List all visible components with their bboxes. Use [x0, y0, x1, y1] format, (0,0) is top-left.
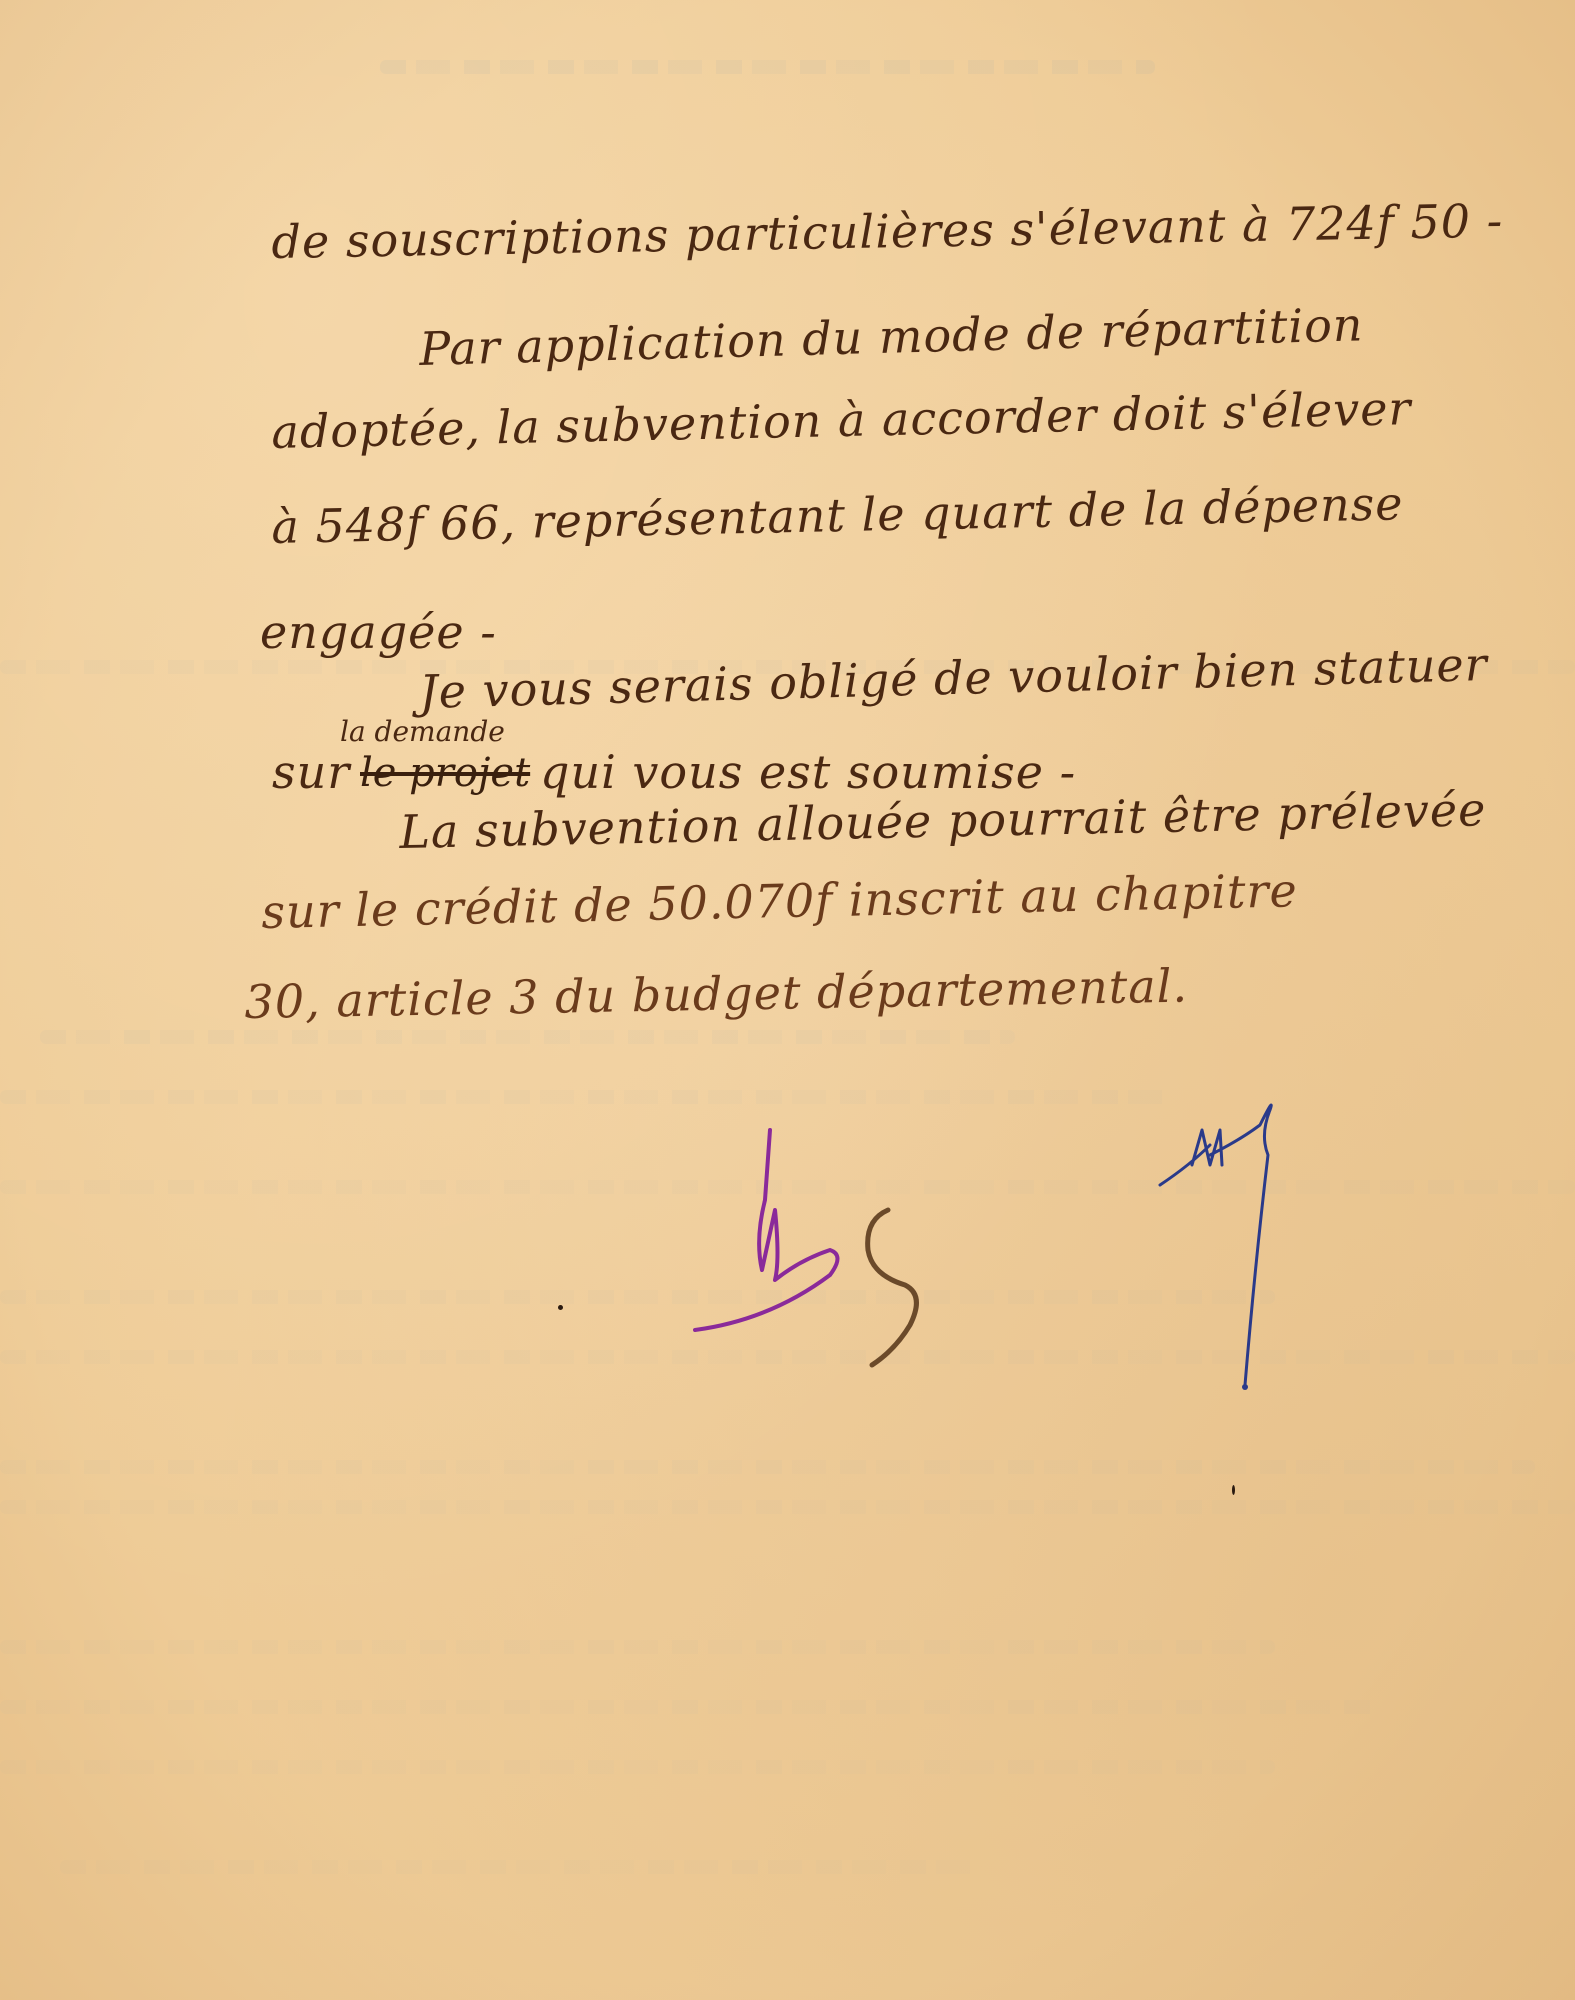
text-line: engagée -: [260, 605, 497, 659]
text-line: sur le crédit de 50.070f inscrit au chap…: [261, 863, 1298, 939]
document-page: de souscriptions particulières s'élevant…: [0, 0, 1575, 2000]
bleed-through-trace: [0, 1640, 1275, 1654]
bleed-through-trace: [40, 1030, 1015, 1044]
bleed-through-trace: [380, 60, 1155, 74]
bleed-through-trace: [60, 1860, 975, 1874]
ink-spot: [558, 1305, 563, 1310]
text-line: de souscriptions particulières s'élevant…: [271, 194, 1504, 269]
bleed-through-trace: [0, 1500, 1575, 1514]
text-line: adoptée, la subvention à accorder doit s…: [271, 381, 1412, 459]
bleed-through-trace: [0, 1760, 1275, 1774]
text-line-prefix: sur: [272, 745, 350, 799]
text-line: à 548f 66, représentant le quart de la d…: [271, 476, 1404, 554]
paper-blemish: [1232, 1485, 1235, 1495]
bleed-through-trace: [0, 1700, 1375, 1714]
bleed-through-trace: [0, 1290, 1275, 1304]
struck-through-text: le projet: [360, 750, 530, 796]
blue-initials-signature: [1150, 1085, 1300, 1395]
bleed-through-trace: [0, 1350, 1575, 1364]
text-line: qui vous est soumise -: [540, 745, 1076, 799]
bleed-through-trace: [0, 1460, 1535, 1474]
text-line: 30, article 3 du budget départemental.: [244, 959, 1188, 1029]
brown-paraph-signature: [850, 1200, 960, 1370]
text-line: Par application du mode de répartition: [419, 297, 1364, 376]
inserted-correction: la demande: [340, 715, 505, 748]
purple-initials-signature: [680, 1110, 860, 1340]
bleed-through-trace: [0, 1090, 1175, 1104]
text-line: Je vous serais obligé de vouloir bien st…: [419, 637, 1489, 719]
